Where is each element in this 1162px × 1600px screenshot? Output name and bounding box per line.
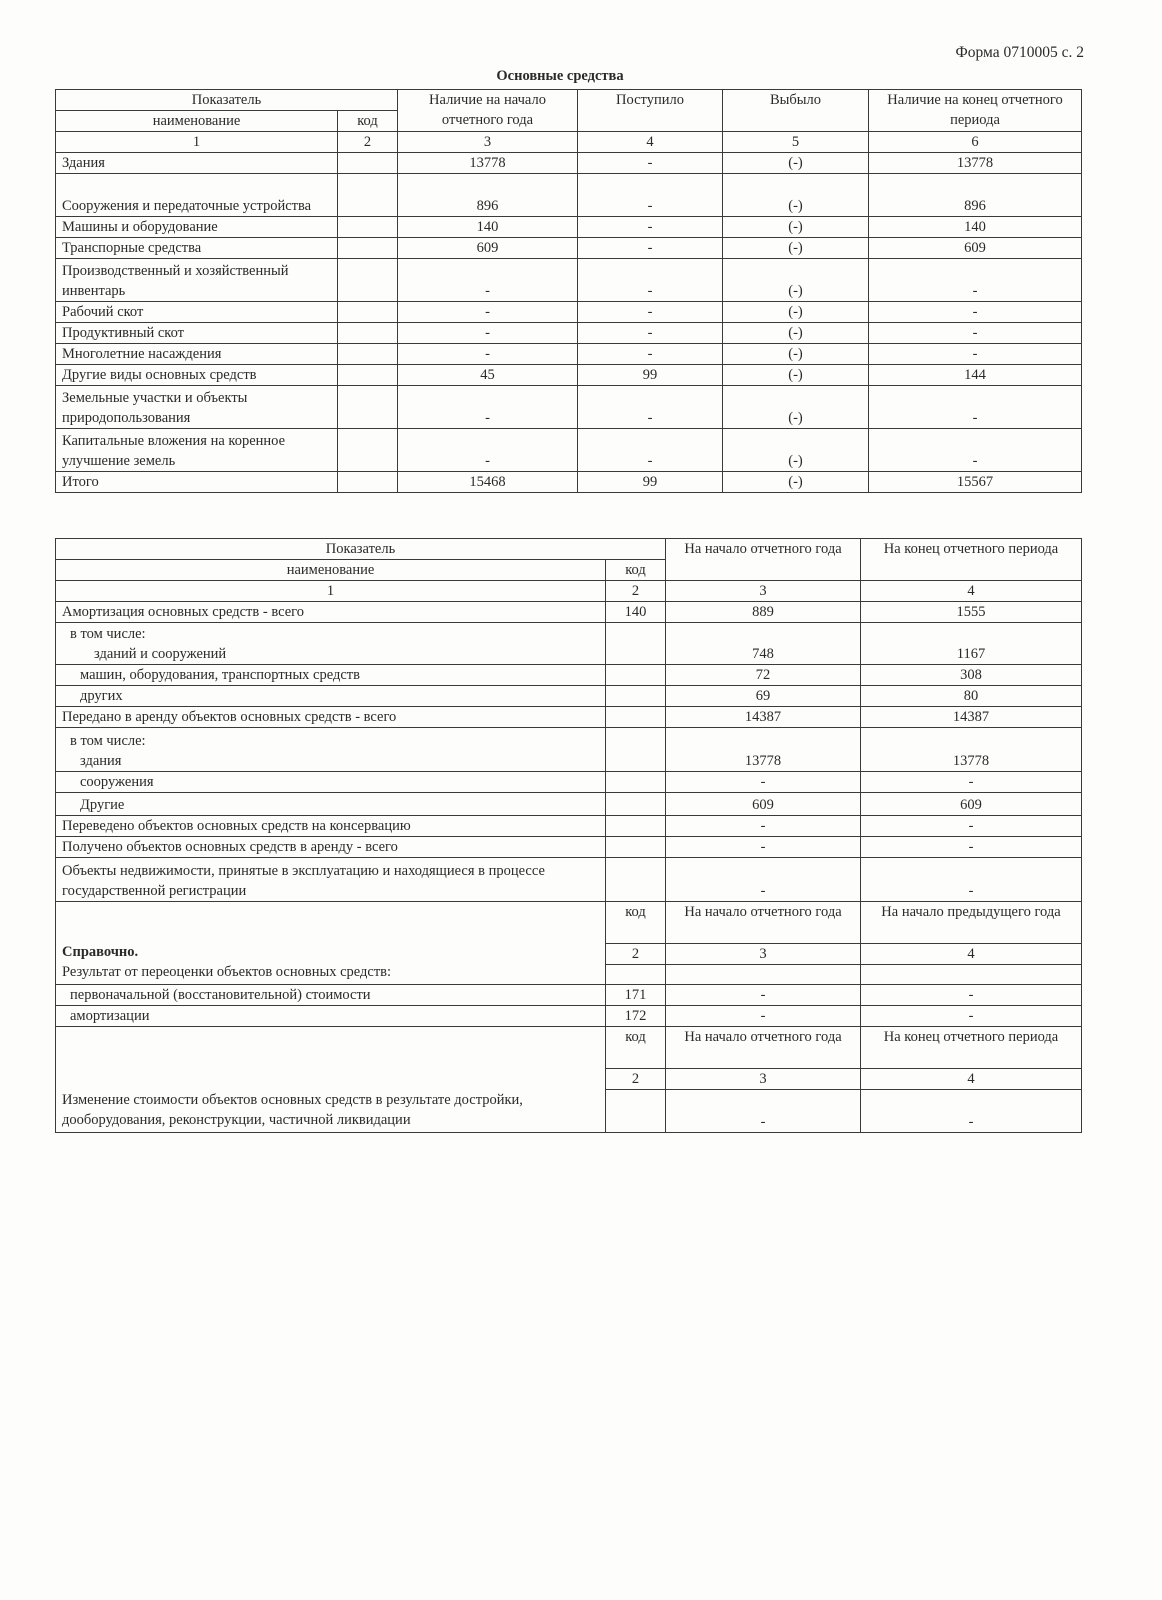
reference-subtitle: Результат от переоценки объектов основны…	[62, 962, 602, 982]
row-prev: -	[861, 985, 1082, 1006]
table-row: Рабочий скот--(-)-	[56, 302, 1082, 323]
row-end: 308	[861, 665, 1082, 686]
header-indicator: Показатель	[56, 90, 398, 111]
row-prev: -	[861, 1006, 1082, 1027]
row-start: -	[666, 1090, 861, 1133]
table-row: Многолетние насаждения--(-)-	[56, 344, 1082, 365]
row-code: 171	[606, 985, 666, 1006]
row-code	[606, 816, 666, 837]
row-start: -	[398, 344, 578, 365]
row-received: -	[578, 174, 723, 217]
row-start: -	[398, 302, 578, 323]
row-code	[606, 665, 666, 686]
row-name: зданий и сооружений	[70, 644, 602, 664]
row-start: -	[666, 816, 861, 837]
row-start: 13778	[398, 153, 578, 174]
col-num: 6	[869, 132, 1082, 153]
row-name: первоначальной (восстановительной) стоим…	[56, 985, 606, 1006]
table-row: в том числе: здания 13778 13778	[56, 728, 1082, 772]
reference-header-row: Справочно. Результат от переоценки объек…	[56, 902, 1082, 944]
col-num: 2	[338, 132, 398, 153]
table-row: Сооружения и передаточные устройства896-…	[56, 174, 1082, 217]
table-row: Транспорные средства609-(-)609	[56, 238, 1082, 259]
row-code	[338, 344, 398, 365]
row-end: 15567	[869, 472, 1082, 493]
header-start: На начало отчетного года	[666, 1027, 861, 1069]
row-name: Многолетние насаждения	[56, 344, 338, 365]
table-row: первоначальной (восстановительной) стоим…	[56, 985, 1082, 1006]
row-received: -	[578, 386, 723, 429]
row-code	[606, 772, 666, 793]
header-indicator: Показатель	[56, 539, 666, 560]
row-disposed: (-)	[723, 174, 869, 217]
row-start: 140	[398, 217, 578, 238]
row-start: 609	[398, 238, 578, 259]
change-name: Изменение стоимости объектов основных ср…	[56, 1027, 606, 1133]
row-name: Капитальные вложения на коренное улучшен…	[56, 429, 338, 472]
row-start: 748	[666, 623, 861, 665]
row-end: -	[869, 323, 1082, 344]
row-name: Земельные участки и объекты природопольз…	[56, 386, 338, 429]
row-end: -	[861, 772, 1082, 793]
table-row: Другие 609 609	[56, 793, 1082, 816]
col-num: 3	[666, 944, 861, 965]
row-name: Объекты недвижимости, принятые в эксплуа…	[56, 858, 606, 902]
row-disposed: (-)	[723, 323, 869, 344]
row-end: -	[869, 302, 1082, 323]
col-num: 1	[56, 581, 606, 602]
col-num: 3	[398, 132, 578, 153]
col-num: 3	[666, 581, 861, 602]
row-code	[338, 174, 398, 217]
row-disposed: (-)	[723, 259, 869, 302]
table-row: Машины и оборудование140-(-)140	[56, 217, 1082, 238]
row-end: 609	[861, 793, 1082, 816]
col-num: 4	[861, 1069, 1082, 1090]
table-row: Продуктивный скот--(-)-	[56, 323, 1082, 344]
row-code: 172	[606, 1006, 666, 1027]
row-code	[338, 259, 398, 302]
row-start: 609	[666, 793, 861, 816]
row-code	[338, 386, 398, 429]
table-row: амортизации 172 - -	[56, 1006, 1082, 1027]
row-code	[606, 793, 666, 816]
row-disposed: (-)	[723, 344, 869, 365]
section-title: Основные средства	[0, 68, 1120, 85]
row-name: Амортизация основных средств - всего	[56, 602, 606, 623]
row-start: -	[398, 323, 578, 344]
row-name: амортизации	[56, 1006, 606, 1027]
row-name: Продуктивный скот	[56, 323, 338, 344]
col-num: 2	[606, 944, 666, 965]
col-num: 4	[861, 581, 1082, 602]
row-code: 140	[606, 602, 666, 623]
row-start: -	[398, 429, 578, 472]
row-code	[606, 686, 666, 707]
col-num: 4	[861, 944, 1082, 965]
header-start: На начало отчетного года	[666, 902, 861, 944]
row-end: 609	[869, 238, 1082, 259]
row-name: Транспорные средства	[56, 238, 338, 259]
row-end: 80	[861, 686, 1082, 707]
row-code	[606, 1090, 666, 1133]
row-received: -	[578, 302, 723, 323]
row-received: 99	[578, 472, 723, 493]
row-disposed: (-)	[723, 302, 869, 323]
header-end: Наличие на конец отчетного периода	[869, 90, 1082, 132]
row-end: -	[869, 429, 1082, 472]
row-start: -	[666, 985, 861, 1006]
row-received: -	[578, 344, 723, 365]
row-code	[606, 623, 666, 665]
col-num: 2	[606, 581, 666, 602]
row-code	[338, 472, 398, 493]
row-start: 889	[666, 602, 861, 623]
including-label: в том числе:	[70, 731, 602, 751]
row-end: 13778	[861, 728, 1082, 772]
header-start: Наличие на начало отчетного года	[398, 90, 578, 132]
row-code	[338, 365, 398, 386]
row-end: 14387	[861, 707, 1082, 728]
row-name: машин, оборудования, транспортных средст…	[56, 665, 606, 686]
row-start: -	[666, 1006, 861, 1027]
row-name: Рабочий скот	[56, 302, 338, 323]
column-numbers-row: 123456	[56, 132, 1082, 153]
row-name: Итого	[56, 472, 338, 493]
row-code	[338, 238, 398, 259]
form-number-label: Форма 0710005 с. 2	[956, 44, 1084, 62]
table-row: Переведено объектов основных средств на …	[56, 816, 1082, 837]
row-start: 896	[398, 174, 578, 217]
row-received: -	[578, 429, 723, 472]
row-code	[338, 153, 398, 174]
header-end: На конец отчетного периода	[861, 539, 1082, 581]
row-start: -	[666, 837, 861, 858]
table-row: Получено объектов основных средств в аре…	[56, 837, 1082, 858]
row-start: 69	[666, 686, 861, 707]
row-code	[338, 217, 398, 238]
row-received: -	[578, 217, 723, 238]
row-code	[606, 858, 666, 902]
row-code	[606, 707, 666, 728]
row-end: -	[861, 1090, 1082, 1133]
row-end: -	[869, 344, 1082, 365]
row-disposed: (-)	[723, 429, 869, 472]
row-end: 144	[869, 365, 1082, 386]
empty-cell	[606, 965, 666, 985]
row-end: -	[869, 259, 1082, 302]
depreciation-lease-table: Показатель На начало отчетного года На к…	[55, 538, 1082, 1133]
row-received: -	[578, 259, 723, 302]
row-code	[606, 837, 666, 858]
row-end: -	[861, 837, 1082, 858]
change-header-row: Изменение стоимости объектов основных ср…	[56, 1027, 1082, 1069]
row-start: 13778	[666, 728, 861, 772]
table-row: сооружения - -	[56, 772, 1082, 793]
row-start: -	[398, 386, 578, 429]
row-name: Переведено объектов основных средств на …	[56, 816, 606, 837]
table-row: в том числе: зданий и сооружений 748 116…	[56, 623, 1082, 665]
table-row: Капитальные вложения на коренное улучшен…	[56, 429, 1082, 472]
row-received: -	[578, 323, 723, 344]
row-end: -	[869, 386, 1082, 429]
row-name: Производственный и хозяйственный инвента…	[56, 259, 338, 302]
row-name: Передано в аренду объектов основных сред…	[56, 707, 606, 728]
header-start: На начало отчетного года	[666, 539, 861, 581]
row-end: 13778	[869, 153, 1082, 174]
including-label: в том числе:	[70, 624, 602, 644]
row-name: Другие	[56, 793, 606, 816]
table-row: Земельные участки и объекты природопольз…	[56, 386, 1082, 429]
row-received: -	[578, 153, 723, 174]
header-disposed: Выбыло	[723, 90, 869, 132]
table-row: Передано в аренду объектов основных сред…	[56, 707, 1082, 728]
row-start: -	[666, 772, 861, 793]
header-code: код	[606, 560, 666, 581]
col-num: 3	[666, 1069, 861, 1090]
row-received: 99	[578, 365, 723, 386]
table-row: Амортизация основных средств - всего 140…	[56, 602, 1082, 623]
row-disposed: (-)	[723, 238, 869, 259]
row-name: Здания	[56, 153, 338, 174]
row-end: 896	[869, 174, 1082, 217]
row-start: 72	[666, 665, 861, 686]
row-end: -	[861, 858, 1082, 902]
col-num: 1	[56, 132, 338, 153]
row-name: Другие виды основных средств	[56, 365, 338, 386]
empty-cell	[861, 965, 1082, 985]
row-name: Машины и оборудование	[56, 217, 338, 238]
row-start: -	[666, 858, 861, 902]
row-start: 15468	[398, 472, 578, 493]
table-row: Другие виды основных средств4599(-)144	[56, 365, 1082, 386]
row-received: -	[578, 238, 723, 259]
row-start: -	[398, 259, 578, 302]
header-code: код	[606, 902, 666, 944]
row-end: -	[861, 816, 1082, 837]
header-received: Поступило	[578, 90, 723, 132]
table-row: других 69 80	[56, 686, 1082, 707]
col-num: 4	[578, 132, 723, 153]
header-code: код	[338, 111, 398, 132]
table-row: Объекты недвижимости, принятые в эксплуа…	[56, 858, 1082, 902]
row-end: 1555	[861, 602, 1082, 623]
header-name: наименование	[56, 560, 606, 581]
col-num: 5	[723, 132, 869, 153]
row-code	[338, 429, 398, 472]
row-start: 14387	[666, 707, 861, 728]
reference-title: Справочно.	[62, 942, 602, 962]
row-end: 140	[869, 217, 1082, 238]
row-disposed: (-)	[723, 153, 869, 174]
empty-cell	[666, 965, 861, 985]
row-code	[338, 323, 398, 344]
col-num: 2	[606, 1069, 666, 1090]
row-end: 1167	[861, 623, 1082, 665]
row-name: других	[56, 686, 606, 707]
row-code	[338, 302, 398, 323]
table-row: Здания13778-(-)13778	[56, 153, 1082, 174]
fixed-assets-table: Показатель Наличие на начало отчетного г…	[55, 89, 1082, 493]
row-name: Сооружения и передаточные устройства	[56, 174, 338, 217]
row-disposed: (-)	[723, 217, 869, 238]
row-name: здания	[70, 751, 602, 771]
row-disposed: (-)	[723, 472, 869, 493]
table-row: Итого1546899(-)15567	[56, 472, 1082, 493]
header-name: наименование	[56, 111, 338, 132]
column-numbers-row: 1 2 3 4	[56, 581, 1082, 602]
row-start: 45	[398, 365, 578, 386]
table-row: Производственный и хозяйственный инвента…	[56, 259, 1082, 302]
header-code: код	[606, 1027, 666, 1069]
row-code	[606, 728, 666, 772]
row-name: Получено объектов основных средств в аре…	[56, 837, 606, 858]
row-disposed: (-)	[723, 386, 869, 429]
row-disposed: (-)	[723, 365, 869, 386]
row-name: сооружения	[56, 772, 606, 793]
table-row: машин, оборудования, транспортных средст…	[56, 665, 1082, 686]
header-prev: На начало предыдущего года	[861, 902, 1082, 944]
header-end: На конец отчетного периода	[861, 1027, 1082, 1069]
